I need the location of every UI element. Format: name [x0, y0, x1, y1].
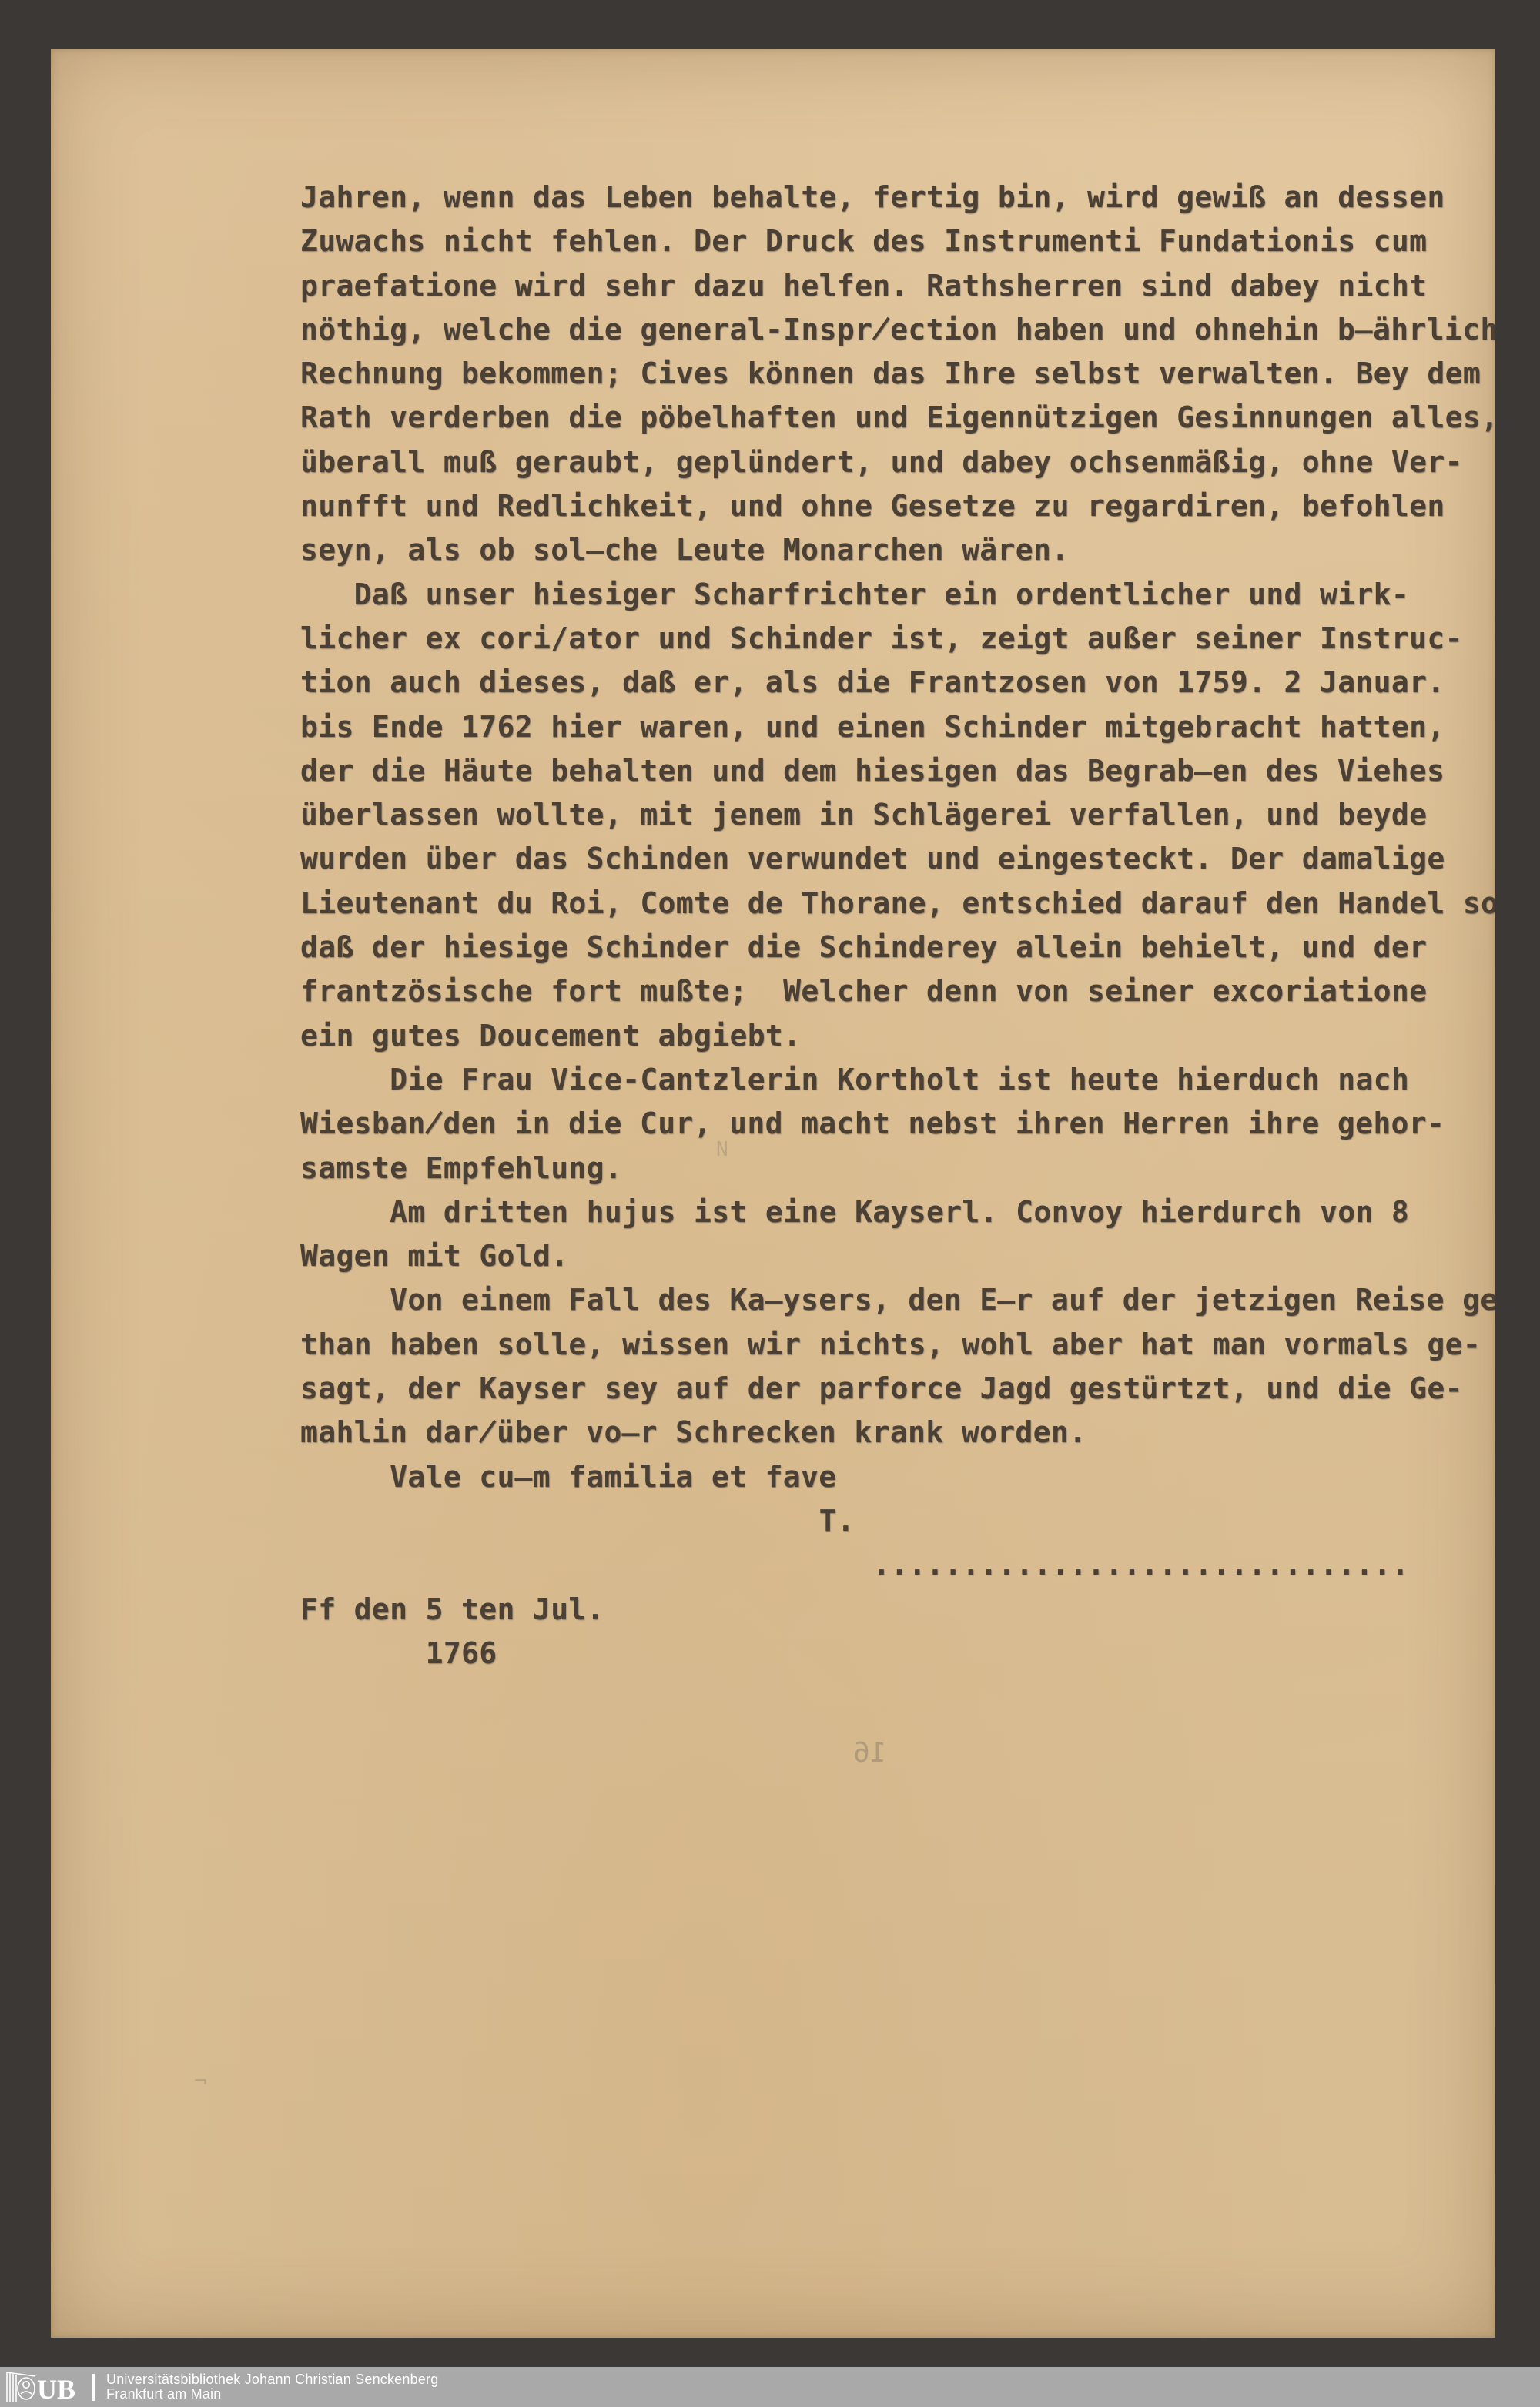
typewritten-line: der die Häute behalten und dem hiesigen … — [300, 749, 1495, 793]
ub-logo-graphic: UB — [5, 2370, 99, 2404]
typewritten-line: mahlin dar̸über vo̶r Schrecken krank wor… — [300, 1411, 1495, 1455]
typewritten-line: seyn, als ob sol̶che Leute Monarchen wär… — [300, 528, 1495, 572]
ub-logo: UB — [5, 2370, 99, 2404]
typewritten-line: Zuwachs nicht fehlen. Der Druck des Inst… — [300, 219, 1495, 263]
typewritten-line: Vale cu̶m familia et fave — [300, 1455, 1495, 1499]
typewritten-line: Wagen mit Gold. — [300, 1234, 1495, 1278]
typewritten-line: Daß unser hiesiger Scharfrichter ein ord… — [300, 573, 1495, 617]
typewritten-line: Am dritten hujus ist eine Kayserl. Convo… — [300, 1190, 1495, 1234]
typewritten-line: Ff den 5 ten Jul. — [300, 1588, 1495, 1632]
typewritten-line: 1766 — [300, 1632, 1495, 1676]
typewritten-line: bis Ende 1762 hier waren, und einen Schi… — [300, 705, 1495, 749]
typewritten-line: ein gutes Doucement abgiebt. — [300, 1014, 1495, 1058]
typewritten-text: Jahren, wenn das Leben behalte, fertig b… — [300, 176, 1495, 1676]
institution-name: Universitätsbibliothek Johann Christian … — [106, 2372, 438, 2387]
bleedthrough-mark: 16 — [853, 1737, 886, 1769]
typewritten-line: daß der hiesige Schinder die Schinderey … — [300, 926, 1495, 969]
typewritten-line: überall muß geraubt, geplündert, und dab… — [300, 440, 1495, 484]
typewritten-line: Von einem Fall des Ka̶ysers, den E̶r auf… — [300, 1278, 1495, 1322]
typewritten-line: überlassen wollte, mit jenem in Schläger… — [300, 793, 1495, 837]
typewritten-line: Wiesban̸den in die Cur, und macht nebst … — [300, 1102, 1495, 1146]
typewritten-line: nöthig, welche die general-Inspr̸ection … — [300, 308, 1495, 352]
typewritten-line: licher ex cori/ator und Schinder ist, ze… — [300, 617, 1495, 661]
typewritten-line: Rath verderben die pöbelhaften und Eigen… — [300, 396, 1495, 440]
typewritten-line: T. — [300, 1499, 1495, 1543]
typewritten-line: than haben solle, wissen wir nichts, woh… — [300, 1323, 1495, 1367]
typewritten-line: Jahren, wenn das Leben behalte, fertig b… — [300, 176, 1495, 219]
library-watermark-bar: UB Universitätsbibliothek Johann Christi… — [0, 2367, 1540, 2407]
typewritten-line: frantzösische fort mußte; Welcher denn v… — [300, 969, 1495, 1013]
typewritten-line: wurden über das Schinden verwundet und e… — [300, 837, 1495, 881]
typewritten-line: Rechnung bekommen; Cives können das Ihre… — [300, 352, 1495, 396]
pencil-mark: ¬ — [194, 2068, 207, 2094]
typewritten-line: tion auch dieses, daß er, als die Frantz… — [300, 661, 1495, 705]
typewritten-line: nunfft und Redlichkeit, und ohne Gesetze… — [300, 484, 1495, 528]
typewritten-line: samste Empfehlung. — [300, 1147, 1495, 1190]
typewritten-line: Lieutenant du Roi, Comte de Thorane, ent… — [300, 882, 1495, 926]
typewritten-line: sagt, der Kayser sey auf der parforce Ja… — [300, 1367, 1495, 1411]
ub-logo-text: UB — [37, 2374, 75, 2404]
scan-viewport: Jahren, wenn das Leben behalte, fertig b… — [0, 0, 1540, 2407]
institution-city: Frankfurt am Main — [106, 2387, 438, 2402]
document-page: Jahren, wenn das Leben behalte, fertig b… — [51, 49, 1495, 2338]
typewritten-line: Die Frau Vice-Cantzlerin Kortholt ist he… — [300, 1058, 1495, 1102]
typewritten-line: praefatione wird sehr dazu helfen. Raths… — [300, 264, 1495, 308]
typewritten-line: .............................. — [300, 1543, 1495, 1587]
footer-text-block: Universitätsbibliothek Johann Christian … — [106, 2372, 438, 2402]
